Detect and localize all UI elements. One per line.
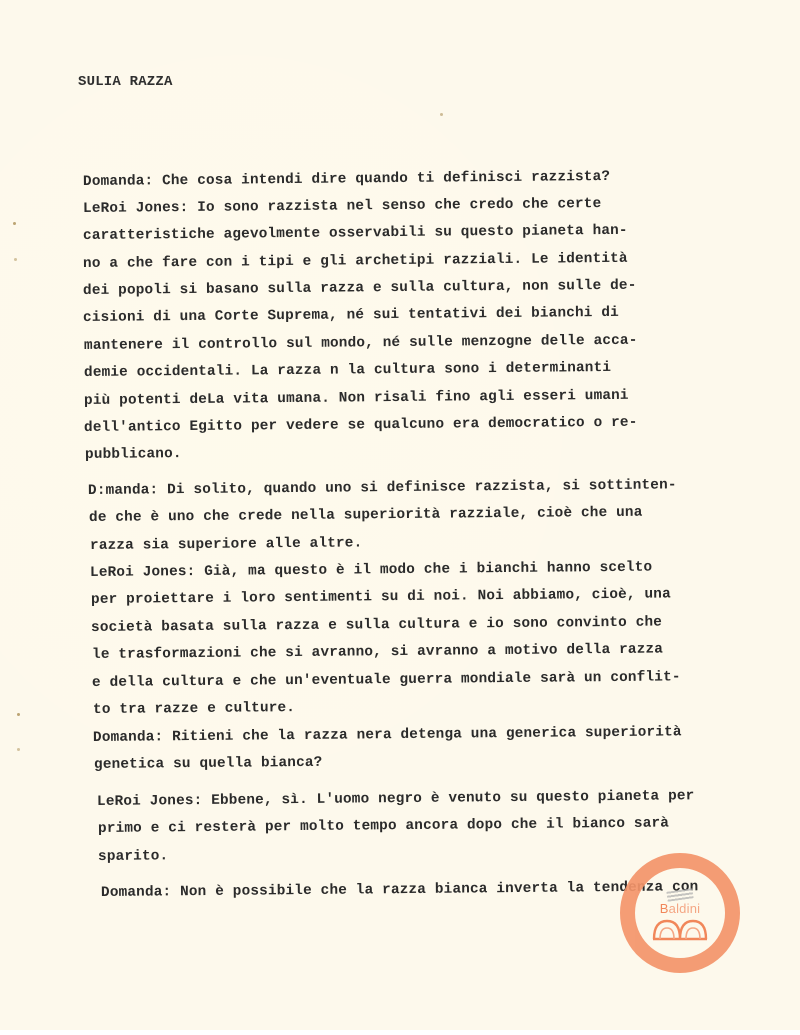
book-logo-icon bbox=[651, 917, 709, 941]
text-line: to tra razze e culture. bbox=[93, 700, 295, 718]
text-line: de che è uno che crede nella superiorità… bbox=[89, 505, 643, 526]
baldini-stamp: Baldini bbox=[620, 853, 740, 973]
text-line: sparito. bbox=[98, 848, 168, 865]
text-line: LeRoi Jones: Io sono razzista nel senso … bbox=[83, 196, 602, 217]
text-line: Domanda: Non è possibile che la razza bi… bbox=[101, 879, 699, 901]
stamp-brand-name: Baldini bbox=[660, 901, 700, 916]
text-line: Domanda: Ritieni che la razza nera deten… bbox=[93, 724, 682, 746]
text-line: D:manda: Di solito, quando uno si defini… bbox=[88, 477, 677, 499]
text-line: cisioni di una Corte Suprema, né sui ten… bbox=[83, 305, 619, 326]
text-line: più potenti deLa vita umana. Non risali … bbox=[84, 388, 629, 409]
paper-speck bbox=[17, 748, 20, 751]
text-line: le trasformazioni che si avranno, si avr… bbox=[92, 642, 663, 663]
text-line: per proiettare i loro sentimenti su di n… bbox=[91, 586, 671, 608]
text-line: LeRoi Jones: Ebbene, sì. L'uomo negro è … bbox=[97, 788, 695, 810]
document-title: SULIA RAZZA bbox=[78, 74, 173, 90]
text-line: Domanda: Che cosa intendi dire quando ti… bbox=[83, 169, 610, 190]
text-line: razza sia superiore alle altre. bbox=[90, 535, 363, 554]
paper-speck bbox=[13, 222, 16, 225]
typewritten-page: SULIA RAZZA Domanda: Che cosa intendi di… bbox=[0, 0, 800, 1030]
stamp-lines-decoration bbox=[666, 888, 693, 902]
paper-speck bbox=[440, 113, 443, 116]
text-line: no a che fare con i tipi e gli archetipi… bbox=[83, 251, 628, 272]
text-line: società basata sulla razza e sulla cultu… bbox=[91, 615, 662, 636]
text-line: pubblicano. bbox=[85, 446, 182, 463]
text-line: primo e ci resterà per molto tempo ancor… bbox=[98, 816, 669, 837]
text-line: LeRoi Jones: Già, ma questo è il modo ch… bbox=[90, 560, 652, 581]
text-line: mantenere il controllo sul mondo, né sul… bbox=[84, 333, 638, 354]
text-line: e della cultura e che un'eventuale guerr… bbox=[92, 669, 681, 691]
text-line: dei popoli si basano sulla razza e sulla… bbox=[83, 278, 637, 299]
text-line: demie occidentali. La razza n la cultura… bbox=[84, 360, 611, 381]
paper-speck bbox=[14, 258, 17, 261]
text-line: genetica su quella bianca? bbox=[94, 755, 323, 773]
text-line: caratteristiche agevolmente osservabili … bbox=[83, 223, 628, 244]
paper-speck bbox=[17, 713, 20, 716]
text-line: dell'antico Egitto per vedere se qualcun… bbox=[84, 415, 638, 436]
